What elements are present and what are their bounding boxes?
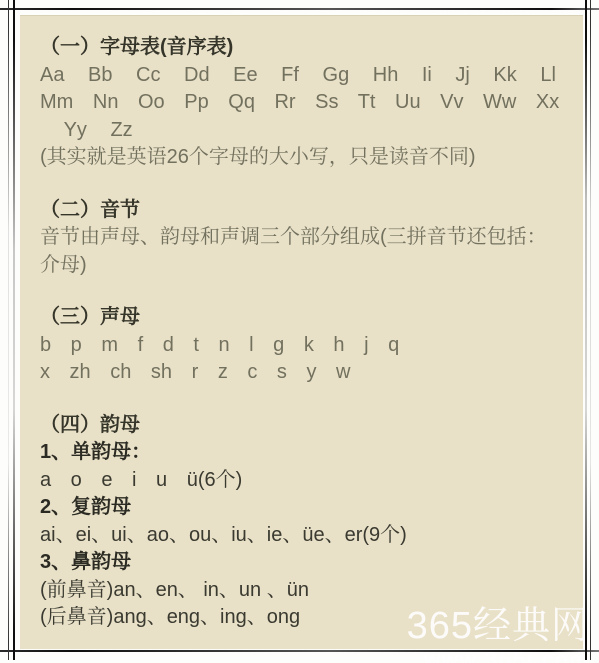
finals-simple-row: a o e i u ü(6个) — [40, 467, 563, 495]
alphabet-row-2: Mm Nn Oo Pp Qq Rr Ss Tt Uu Vv Ww Xx — [40, 89, 563, 117]
alphabet-row-1: Aa Bb Cc Dd Ee Ff Gg Hh Ii Jj Kk Ll — [40, 62, 563, 90]
section-alphabet: （一）字母表(音序表) Aa Bb Cc Dd Ee Ff Gg Hh Ii J… — [40, 34, 563, 172]
frame-right-inner-line — [585, 0, 587, 660]
frame-left-outer-line — [8, 0, 9, 660]
finals-back-nasal-row: (后鼻音)ang、eng、ing、ong — [40, 604, 563, 632]
alphabet-note: (其实就是英语26个字母的大小写，只是读音不同) — [40, 144, 563, 172]
alphabet-row-3: Yy Zz — [40, 117, 563, 145]
finals-item-2-label: 2、复韵母 — [40, 494, 563, 522]
section-alphabet-heading: （一）字母表(音序表) — [40, 34, 563, 62]
frame-left-inner-line — [13, 0, 15, 660]
frame-bottom-line — [0, 650, 599, 652]
finals-compound-row: ai、ei、ui、ao、ou、iu、ie、üe、er(9个) — [40, 522, 563, 550]
syllable-body-2: 介母) — [40, 252, 563, 280]
section-finals-heading: （四）韵母 — [40, 412, 563, 440]
finals-item-1-label: 1、单韵母： — [40, 439, 563, 467]
content-panel: （一）字母表(音序表) Aa Bb Cc Dd Ee Ff Gg Hh Ii J… — [20, 15, 583, 649]
section-syllable-heading: （二）音节 — [40, 197, 563, 225]
section-initials-heading: （三）声母 — [40, 304, 563, 332]
frame-right-outer-line — [590, 0, 591, 660]
finals-front-nasal-row: (前鼻音)an、en、 in、un 、ün — [40, 577, 563, 605]
frame-top-line — [0, 8, 599, 10]
section-finals: （四）韵母 1、单韵母： a o e i u ü(6个) 2、复韵母 ai、ei… — [40, 412, 563, 632]
initials-row-1: b p m f d t n l g k h j q — [40, 332, 563, 360]
syllable-body-1: 音节由声母、韵母和声调三个部分组成(三拼音节还包括： — [40, 224, 563, 252]
section-initials: （三）声母 b p m f d t n l g k h j q x zh ch … — [40, 304, 563, 387]
section-syllable: （二）音节 音节由声母、韵母和声调三个部分组成(三拼音节还包括： 介母) — [40, 197, 563, 280]
finals-item-3-label: 3、鼻韵母 — [40, 549, 563, 577]
initials-row-2: x zh ch sh r z c s y w — [40, 359, 563, 387]
